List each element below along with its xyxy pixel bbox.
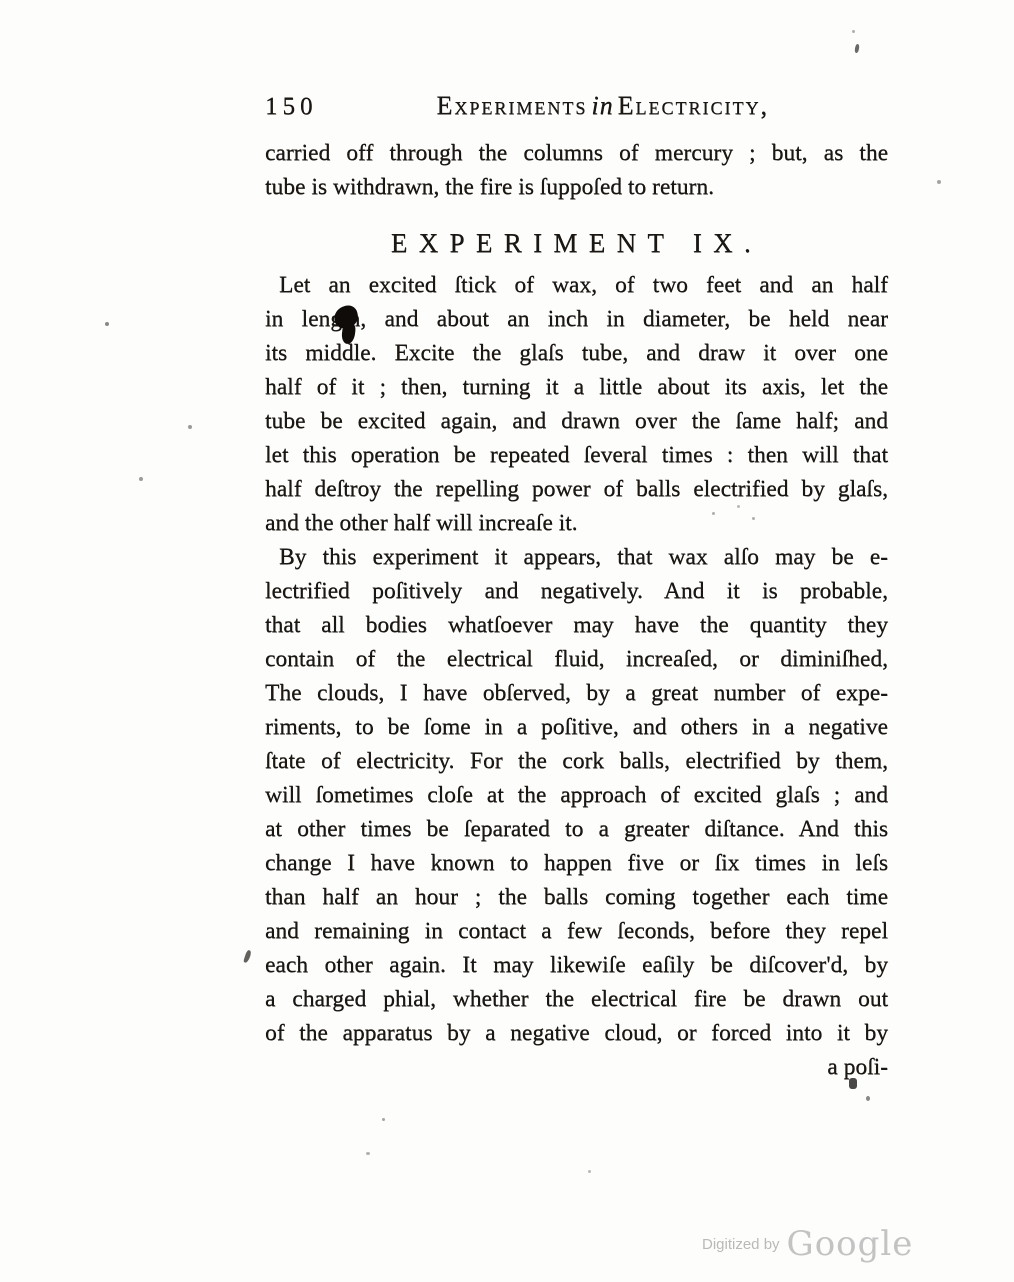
- text-line: half of it ; then, turning it a little a…: [265, 370, 888, 404]
- text-line: tube be excited again, and drawn over th…: [265, 404, 888, 438]
- scan-speck: [737, 505, 740, 508]
- scan-speck: [752, 517, 755, 520]
- scan-speck: [852, 30, 855, 33]
- scan-speck: [139, 477, 143, 481]
- title-word-experiments: Experiments: [436, 91, 587, 120]
- text-line: The clouds, I have obſerved, by a great …: [265, 676, 888, 710]
- text-line: tube is withdrawn, the fire is ſuppoſed …: [265, 170, 888, 204]
- section-heading: EXPERIMENT IX.: [265, 224, 888, 262]
- text-line: of the apparatus by a negative cloud, or…: [265, 1016, 888, 1050]
- text-line: that all bodies whatſoever may have the …: [265, 608, 888, 642]
- text-line: riments, to be ſome in a poſitive, and o…: [265, 710, 888, 744]
- scan-mark-apostrophe: [854, 44, 860, 54]
- text-line: than half an hour ; the balls coming tog…: [265, 880, 888, 914]
- watermark: Digitized by Google: [702, 1220, 932, 1268]
- scan-speck: [866, 1096, 870, 1101]
- text-line: carried off through the columns of mercu…: [265, 136, 888, 170]
- text-line: at other times be ſeparated to a greater…: [265, 812, 888, 846]
- title-word-in: in: [587, 91, 617, 120]
- scan-speck: [937, 180, 941, 184]
- text-line: ſtate of electricity. For the cork balls…: [265, 744, 888, 778]
- text-line: and remaining in contact a few ſeconds, …: [265, 914, 888, 948]
- text-line: half deſtroy the repelling power of ball…: [265, 472, 888, 506]
- body-text: carried off through the columns of mercu…: [265, 136, 888, 1084]
- running-header: 150 ExperimentsinElectricity,: [265, 90, 888, 123]
- text-line: lectrified poſitively and negatively. An…: [265, 574, 888, 608]
- text-line: and the other half will increaſe it.: [265, 506, 888, 540]
- scan-speck: [588, 1170, 591, 1173]
- text-line: contain of the electrical fluid, increaſ…: [265, 642, 888, 676]
- text-line: Let an excited ſtick of wax, of two feet…: [265, 268, 888, 302]
- scan-speck: [105, 322, 109, 326]
- text-line: its middle. Excite the glaſs tube, and d…: [265, 336, 888, 370]
- scan-mark-comma: [243, 950, 252, 964]
- running-title: ExperimentsinElectricity,: [318, 90, 889, 122]
- scan-speck: [712, 512, 715, 515]
- text-line: a charged phial, whether the electrical …: [265, 982, 888, 1016]
- text-line: in length, and about an inch in diameter…: [265, 302, 888, 336]
- page-number: 150: [265, 91, 318, 123]
- text-line: let this operation be repeated ſeveral t…: [265, 438, 888, 472]
- text-line: will ſometimes cloſe at the approach of …: [265, 778, 888, 812]
- scan-speck: [188, 425, 192, 429]
- text-line: By this experiment it appears, that wax …: [265, 540, 888, 574]
- scanned-book-page: 150 ExperimentsinElectricity, carried of…: [0, 0, 1014, 1282]
- google-logo: Google: [787, 1227, 914, 1261]
- text-line: each other again. It may likewiſe eaſily…: [265, 948, 888, 982]
- title-word-electricity: Electricity,: [618, 91, 769, 120]
- text-line: change I have known to happen five or ſi…: [265, 846, 888, 880]
- scan-speck: [849, 1078, 857, 1089]
- scan-speck: [382, 1118, 385, 1121]
- watermark-prefix: Digitized by: [702, 1236, 780, 1253]
- scan-speck: [366, 1152, 370, 1155]
- catchword: a poſi-: [265, 1050, 888, 1084]
